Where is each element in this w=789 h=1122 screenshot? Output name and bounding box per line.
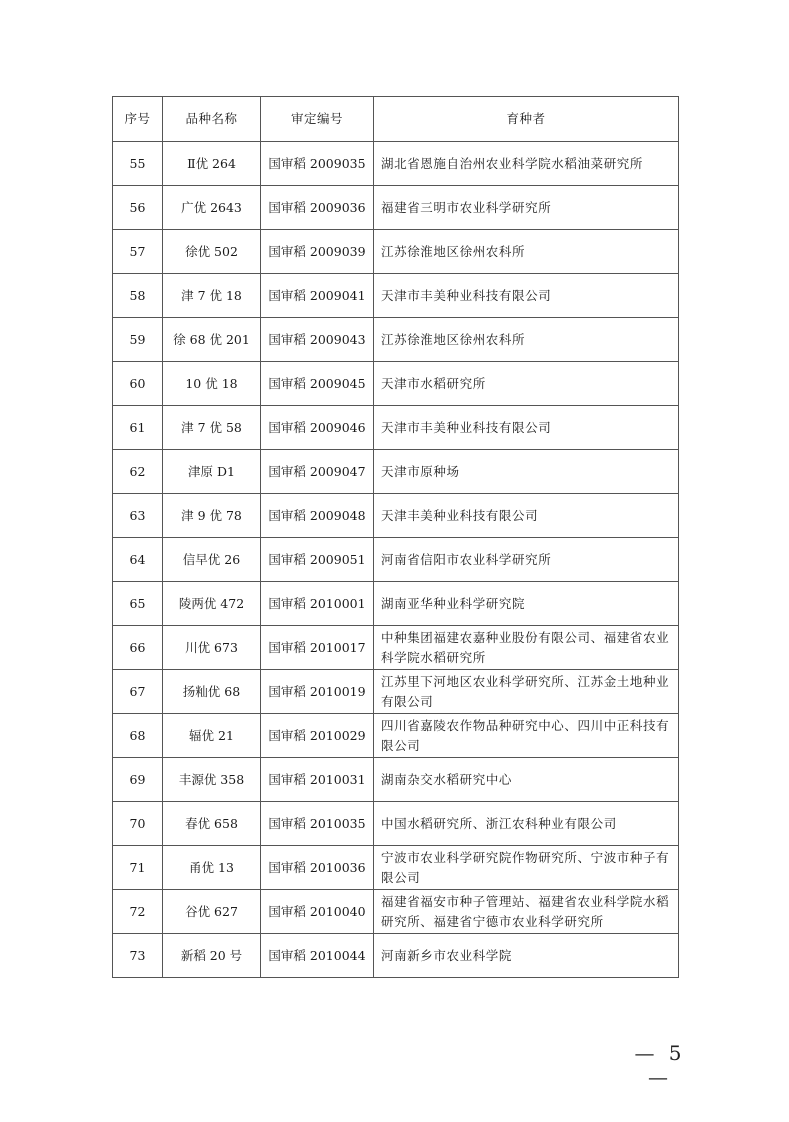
table-row: 70 春优 658 国审稻 2010035 中国水稻研究所、浙江农科种业有限公司 (113, 802, 679, 846)
cell-approval-number: 国审稻 2009043 (261, 318, 374, 362)
cell-serial-number: 68 (113, 714, 163, 758)
cell-serial-number: 73 (113, 934, 163, 978)
cell-variety-name: 10 优 18 (163, 362, 261, 406)
cell-approval-number: 国审稻 2010029 (261, 714, 374, 758)
cell-approval-number: 国审稻 2010031 (261, 758, 374, 802)
cell-breeder: 江苏徐淮地区徐州农科所 (374, 230, 679, 274)
cell-variety-name: 甬优 13 (163, 846, 261, 890)
cell-breeder: 天津市水稻研究所 (374, 362, 679, 406)
table-header-row: 序号 品种名称 审定编号 育种者 (113, 97, 679, 142)
cell-breeder: 天津市原种场 (374, 450, 679, 494)
cell-approval-number: 国审稻 2009039 (261, 230, 374, 274)
cell-breeder: 江苏徐淮地区徐州农科所 (374, 318, 679, 362)
cell-variety-name: 丰源优 358 (163, 758, 261, 802)
table-row: 69 丰源优 358 国审稻 2010031 湖南杂交水稻研究中心 (113, 758, 679, 802)
cell-approval-number: 国审稻 2009035 (261, 142, 374, 186)
table-row: 57 徐优 502 国审稻 2009039 江苏徐淮地区徐州农科所 (113, 230, 679, 274)
cell-breeder: 宁波市农业科学研究院作物研究所、宁波市种子有限公司 (374, 846, 679, 890)
cell-approval-number: 国审稻 2009046 (261, 406, 374, 450)
cell-approval-number: 国审稻 2009041 (261, 274, 374, 318)
cell-variety-name: 津 7 优 58 (163, 406, 261, 450)
cell-breeder: 河南省信阳市农业科学研究所 (374, 538, 679, 582)
table-row: 61 津 7 优 58 国审稻 2009046 天津市丰美种业科技有限公司 (113, 406, 679, 450)
cell-approval-number: 国审稻 2009048 (261, 494, 374, 538)
header-variety-name: 品种名称 (163, 97, 261, 142)
cell-approval-number: 国审稻 2009047 (261, 450, 374, 494)
cell-approval-number: 国审稻 2010036 (261, 846, 374, 890)
cell-variety-name: 春优 658 (163, 802, 261, 846)
cell-variety-name: 徐 68 优 201 (163, 318, 261, 362)
cell-variety-name: 扬籼优 68 (163, 670, 261, 714)
cell-breeder: 四川省嘉陵农作物品种研究中心、四川中正科技有限公司 (374, 714, 679, 758)
cell-variety-name: 川优 673 (163, 626, 261, 670)
cell-serial-number: 69 (113, 758, 163, 802)
table-row: 68 辐优 21 国审稻 2010029 四川省嘉陵农作物品种研究中心、四川中正… (113, 714, 679, 758)
cell-serial-number: 59 (113, 318, 163, 362)
cell-breeder: 中种集团福建农嘉种业股份有限公司、福建省农业科学院水稻研究所 (374, 626, 679, 670)
table-row: 71 甬优 13 国审稻 2010036 宁波市农业科学研究院作物研究所、宁波市… (113, 846, 679, 890)
page-number: — 5 — (620, 1041, 700, 1089)
table-row: 65 陵两优 472 国审稻 2010001 湖南亚华种业科学研究院 (113, 582, 679, 626)
header-serial-number: 序号 (113, 97, 163, 142)
cell-approval-number: 国审稻 2010017 (261, 626, 374, 670)
cell-variety-name: 广优 2643 (163, 186, 261, 230)
table-row: 67 扬籼优 68 国审稻 2010019 江苏里下河地区农业科学研究所、江苏金… (113, 670, 679, 714)
cell-approval-number: 国审稻 2010040 (261, 890, 374, 934)
cell-serial-number: 67 (113, 670, 163, 714)
cell-serial-number: 72 (113, 890, 163, 934)
cell-approval-number: 国审稻 2010019 (261, 670, 374, 714)
table-row: 59 徐 68 优 201 国审稻 2009043 江苏徐淮地区徐州农科所 (113, 318, 679, 362)
table-row: 55 Ⅱ优 264 国审稻 2009035 湖北省恩施自治州农业科学院水稻油菜研… (113, 142, 679, 186)
cell-serial-number: 58 (113, 274, 163, 318)
cell-variety-name: 津 7 优 18 (163, 274, 261, 318)
document-page: 序号 品种名称 审定编号 育种者 55 Ⅱ优 264 国审稻 2009035 湖… (0, 0, 789, 1122)
cell-approval-number: 国审稻 2010001 (261, 582, 374, 626)
cell-variety-name: 信早优 26 (163, 538, 261, 582)
cell-serial-number: 57 (113, 230, 163, 274)
cell-breeder: 湖南杂交水稻研究中心 (374, 758, 679, 802)
cell-variety-name: Ⅱ优 264 (163, 142, 261, 186)
cell-variety-name: 辐优 21 (163, 714, 261, 758)
cell-breeder: 福建省三明市农业科学研究所 (374, 186, 679, 230)
cell-breeder: 天津市丰美种业科技有限公司 (374, 406, 679, 450)
cell-variety-name: 津原 D1 (163, 450, 261, 494)
cell-breeder: 湖北省恩施自治州农业科学院水稻油菜研究所 (374, 142, 679, 186)
cell-breeder: 中国水稻研究所、浙江农科种业有限公司 (374, 802, 679, 846)
cell-serial-number: 71 (113, 846, 163, 890)
table-row: 73 新稻 20 号 国审稻 2010044 河南新乡市农业科学院 (113, 934, 679, 978)
cell-serial-number: 56 (113, 186, 163, 230)
cell-variety-name: 谷优 627 (163, 890, 261, 934)
table-row: 64 信早优 26 国审稻 2009051 河南省信阳市农业科学研究所 (113, 538, 679, 582)
cell-serial-number: 63 (113, 494, 163, 538)
cell-approval-number: 国审稻 2010044 (261, 934, 374, 978)
cell-serial-number: 61 (113, 406, 163, 450)
cell-variety-name: 新稻 20 号 (163, 934, 261, 978)
header-approval-number: 审定编号 (261, 97, 374, 142)
cell-serial-number: 64 (113, 538, 163, 582)
cell-approval-number: 国审稻 2009051 (261, 538, 374, 582)
cell-approval-number: 国审稻 2010035 (261, 802, 374, 846)
cell-serial-number: 66 (113, 626, 163, 670)
cell-breeder: 天津市丰美种业科技有限公司 (374, 274, 679, 318)
table-row: 56 广优 2643 国审稻 2009036 福建省三明市农业科学研究所 (113, 186, 679, 230)
header-breeder: 育种者 (374, 97, 679, 142)
cell-variety-name: 陵两优 472 (163, 582, 261, 626)
cell-breeder: 天津丰美种业科技有限公司 (374, 494, 679, 538)
cell-approval-number: 国审稻 2009036 (261, 186, 374, 230)
cell-breeder: 湖南亚华种业科学研究院 (374, 582, 679, 626)
table-row: 60 10 优 18 国审稻 2009045 天津市水稻研究所 (113, 362, 679, 406)
cell-breeder: 江苏里下河地区农业科学研究所、江苏金土地种业有限公司 (374, 670, 679, 714)
table-row: 72 谷优 627 国审稻 2010040 福建省福安市种子管理站、福建省农业科… (113, 890, 679, 934)
cell-serial-number: 55 (113, 142, 163, 186)
cell-breeder: 河南新乡市农业科学院 (374, 934, 679, 978)
cell-variety-name: 徐优 502 (163, 230, 261, 274)
rice-variety-table: 序号 品种名称 审定编号 育种者 55 Ⅱ优 264 国审稻 2009035 湖… (112, 96, 679, 978)
cell-variety-name: 津 9 优 78 (163, 494, 261, 538)
cell-serial-number: 70 (113, 802, 163, 846)
cell-approval-number: 国审稻 2009045 (261, 362, 374, 406)
table-row: 62 津原 D1 国审稻 2009047 天津市原种场 (113, 450, 679, 494)
cell-serial-number: 65 (113, 582, 163, 626)
cell-serial-number: 62 (113, 450, 163, 494)
table-body: 55 Ⅱ优 264 国审稻 2009035 湖北省恩施自治州农业科学院水稻油菜研… (113, 142, 679, 978)
table-row: 58 津 7 优 18 国审稻 2009041 天津市丰美种业科技有限公司 (113, 274, 679, 318)
cell-serial-number: 60 (113, 362, 163, 406)
table-row: 66 川优 673 国审稻 2010017 中种集团福建农嘉种业股份有限公司、福… (113, 626, 679, 670)
table-row: 63 津 9 优 78 国审稻 2009048 天津丰美种业科技有限公司 (113, 494, 679, 538)
cell-breeder: 福建省福安市种子管理站、福建省农业科学院水稻研究所、福建省宁德市农业科学研究所 (374, 890, 679, 934)
